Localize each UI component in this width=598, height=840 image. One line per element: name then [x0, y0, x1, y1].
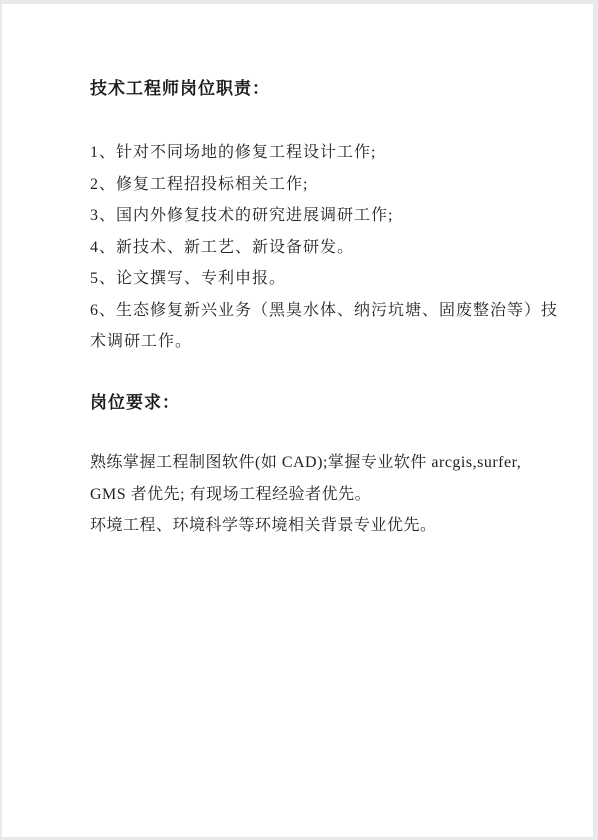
responsibilities-list: 1、针对不同场地的修复工程设计工作; 2、修复工程招投标相关工作; 3、国内外修…: [90, 137, 558, 358]
requirements-heading: 岗位要求：: [90, 390, 180, 416]
list-item: 6、生态修复新兴业务（黑臭水体、纳污坑塘、固废整治等）技: [90, 295, 558, 327]
paragraph-line: 环境工程、环境科学等环境相关背景专业优先。: [90, 510, 521, 542]
paragraph-line: GMS 者优先; 有现场工程经验者优先。: [90, 479, 521, 511]
list-item: 3、国内外修复技术的研究进展调研工作;: [90, 200, 558, 232]
list-item: 5、论文撰写、专利申报。: [90, 263, 558, 295]
requirements-paragraph: 熟练掌握工程制图软件(如 CAD);掌握专业软件 arcgis,surfer, …: [90, 447, 521, 542]
list-item: 2、修复工程招投标相关工作;: [90, 169, 558, 201]
list-item: 1、针对不同场地的修复工程设计工作;: [90, 137, 558, 169]
list-item-continuation: 术调研工作。: [90, 326, 558, 358]
paragraph-line: 熟练掌握工程制图软件(如 CAD);掌握专业软件 arcgis,surfer,: [90, 447, 521, 479]
list-item: 4、新技术、新工艺、新设备研发。: [90, 232, 558, 264]
document-page: 技术工程师岗位职责： 1、针对不同场地的修复工程设计工作; 2、修复工程招投标相…: [2, 4, 593, 837]
responsibilities-heading: 技术工程师岗位职责：: [90, 76, 270, 102]
